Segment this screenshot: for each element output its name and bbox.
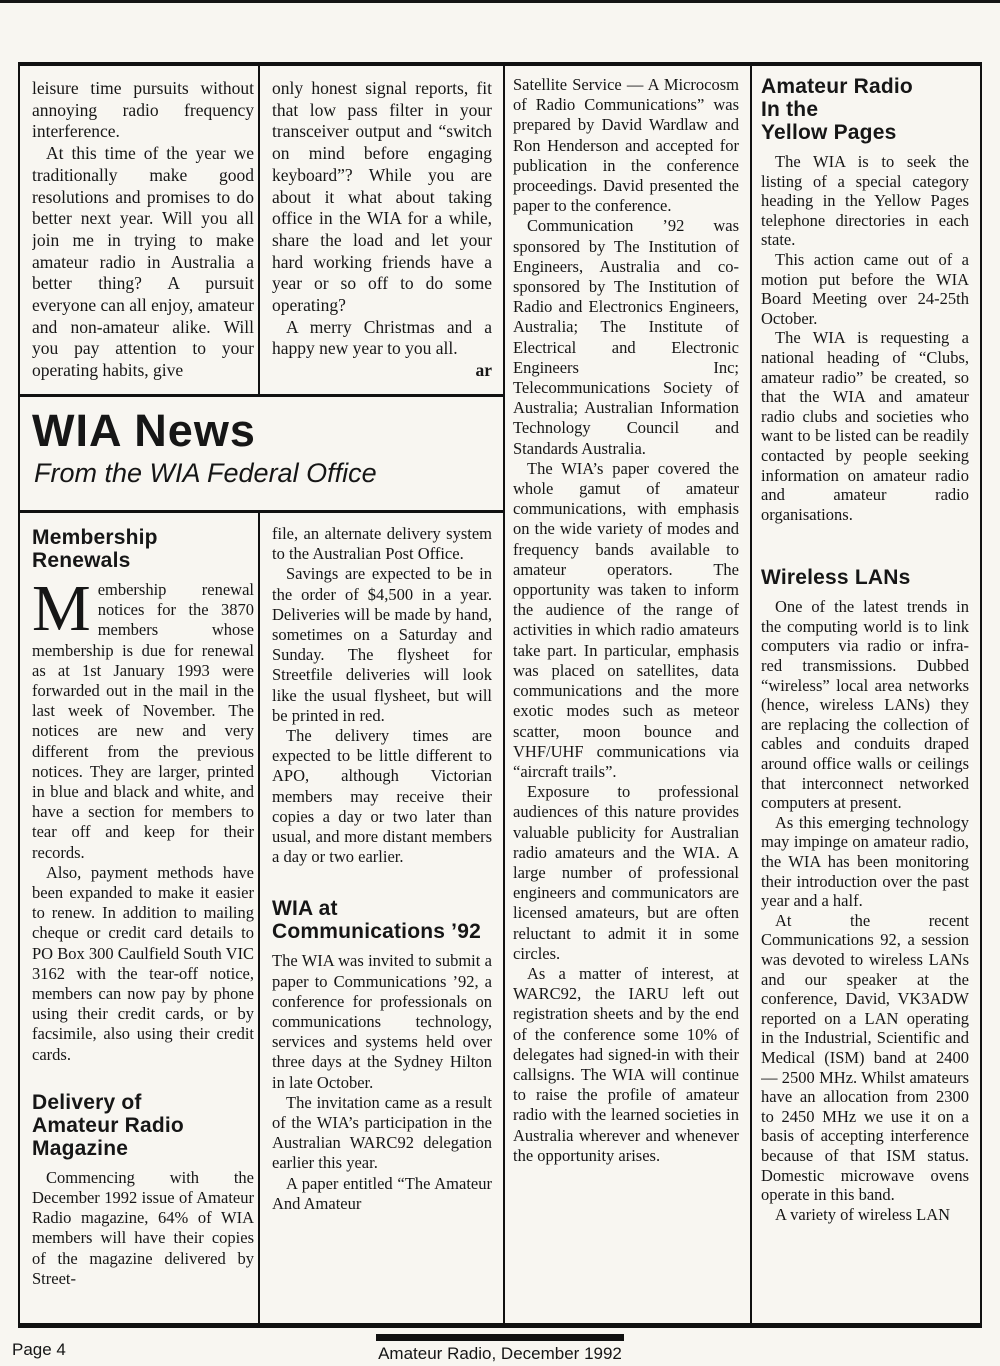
editorial-column-1: leisure time pursuits without annoying r… xyxy=(32,78,254,392)
paragraph: file, an alternate delivery system to th… xyxy=(272,524,492,564)
paragraph: A merry Christmas and a happy new year t… xyxy=(272,317,492,360)
wia-news-subtitle: From the WIA Federal Office xyxy=(34,458,377,488)
paragraph: At the recent Communications 92, a sessi… xyxy=(761,911,969,1205)
section-rule xyxy=(20,394,503,397)
wia-communications-heading: WIA at Communications ’92 xyxy=(272,897,492,943)
paragraph: Commencing with the December 1992 issue … xyxy=(32,1168,254,1289)
membership-column: Membership Renewals Membership renewal n… xyxy=(32,526,254,1322)
paragraph: At this time of the year we traditionall… xyxy=(32,143,254,382)
paragraph: As a matter of interest, at WARC92, the … xyxy=(513,964,739,1166)
paragraph: Also, payment methods have been expanded… xyxy=(32,863,254,1065)
wireless-lans-heading: Wireless LANs xyxy=(761,566,969,589)
paragraph: A variety of wireless LAN xyxy=(761,1205,969,1225)
issue-label: Amateur Radio, December 1992 xyxy=(0,1344,1000,1364)
paragraph: Membership renewal notices for the 3870 … xyxy=(32,580,254,863)
paragraph: The invitation came as a result of the W… xyxy=(272,1093,492,1174)
paragraph: only honest signal reports, fit that low… xyxy=(272,78,492,317)
section-rule xyxy=(20,510,503,513)
paragraph: The WIA is to seek the listing of a spec… xyxy=(761,152,969,250)
paragraph: The WIA was invited to submit a paper to… xyxy=(272,951,492,1092)
paragraph: As this emerging technology may impinge … xyxy=(761,813,969,911)
page-top-rule xyxy=(0,0,1000,3)
streetfile-column: file, an alternate delivery system to th… xyxy=(272,524,492,1322)
wia-news-header: WIA News From the WIA Federal Office xyxy=(32,408,377,488)
membership-renewals-heading: Membership Renewals xyxy=(32,526,254,572)
satellite-article-column: Satellite Service — A Microcosm of Radio… xyxy=(513,75,739,1321)
paragraph: Savings are expected to be in the order … xyxy=(272,564,492,726)
yellow-pages-column: Amateur Radio In the Yellow Pages The WI… xyxy=(761,75,969,1321)
column-divider xyxy=(503,66,505,1323)
paragraph: Exposure to professional audiences of th… xyxy=(513,782,739,964)
yellow-pages-heading: Amateur Radio In the Yellow Pages xyxy=(761,75,969,144)
footer-bar xyxy=(376,1334,624,1341)
content-frame: leisure time pursuits without annoying r… xyxy=(18,62,982,1328)
editorial-signoff: ar xyxy=(272,360,492,382)
paragraph: This action came out of a motion put bef… xyxy=(761,250,969,328)
paragraph: Satellite Service — A Microcosm of Radio… xyxy=(513,75,739,216)
delivery-magazine-heading: Delivery of Amateur Radio Magazine xyxy=(32,1091,254,1160)
magazine-page: leisure time pursuits without annoying r… xyxy=(0,0,1000,1366)
drop-cap: M xyxy=(32,580,98,635)
wia-news-title: WIA News xyxy=(32,408,377,454)
editorial-column-2: only honest signal reports, fit that low… xyxy=(272,78,492,392)
column-divider xyxy=(258,513,260,1323)
column-divider xyxy=(258,66,260,394)
column-divider xyxy=(750,66,752,1323)
paragraph: The WIA is requesting a national heading… xyxy=(761,328,969,524)
paragraph: leisure time pursuits without annoying r… xyxy=(32,78,254,143)
paragraph: The delivery times are expected to be li… xyxy=(272,726,492,867)
paragraph: Communication ’92 was sponsored by The I… xyxy=(513,216,739,458)
paragraph: The WIA’s paper covered the whole gamut … xyxy=(513,459,739,782)
paragraph: A paper entitled “The Amateur And Amateu… xyxy=(272,1174,492,1214)
paragraph: One of the latest trends in the computin… xyxy=(761,597,969,813)
